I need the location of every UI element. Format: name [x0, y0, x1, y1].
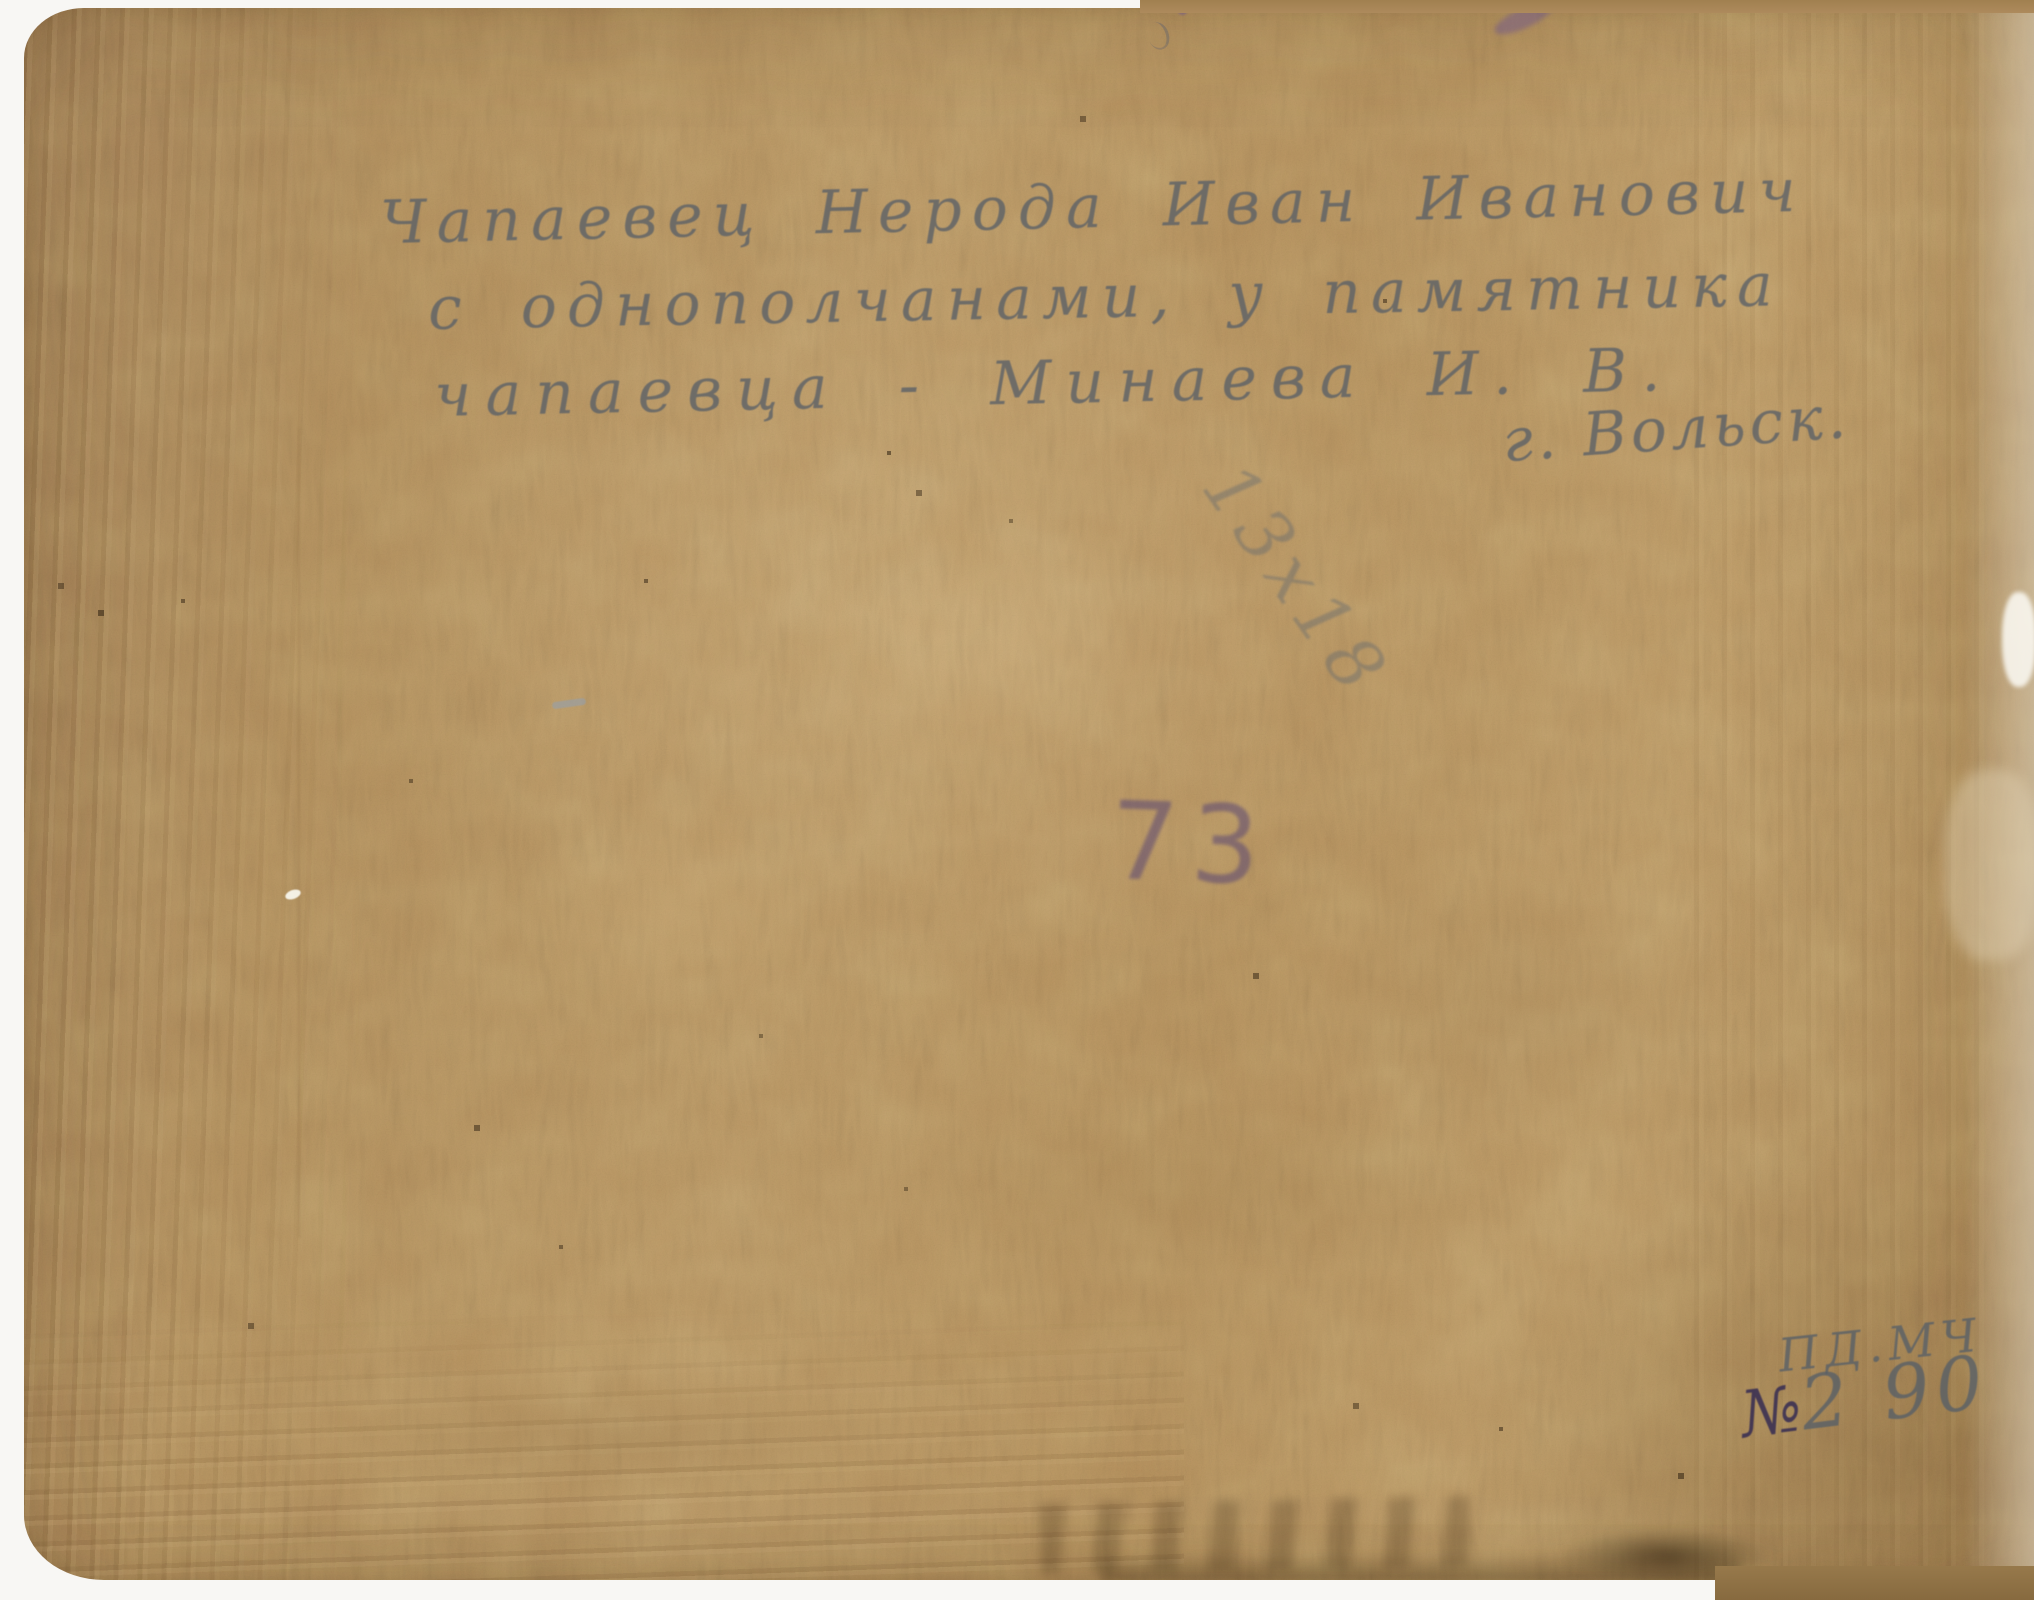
- faint-blue-mark: [552, 698, 587, 710]
- paper-grain-texture: [24, 8, 2034, 1580]
- dirt-specks: [24, 8, 26, 10]
- inscription-line-3: чапаевца - Минаева И. В.: [433, 335, 1674, 431]
- card-top-edge-patch: [1140, 0, 2034, 13]
- corrugation-texture-bottom: [24, 1308, 1184, 1580]
- edge-scuff-patch: [1945, 770, 2034, 960]
- card-bottom-edge-patch: [1715, 1566, 2034, 1600]
- violet-stamp-number: 73: [1108, 779, 1274, 910]
- diagonal-size-note: 13х18: [1186, 448, 1406, 712]
- inscription-line-1: Чапаевец Нерода Иван Иванович: [379, 156, 1806, 258]
- scanner-background: Чапаевец Нерода Иван Иванович с однополч…: [0, 0, 2034, 1600]
- stray-pencil-squiggle: [1144, 19, 1173, 52]
- stain-blotches: [24, 8, 2034, 1580]
- corrugation-texture-left: [24, 8, 364, 1580]
- inscription-line-2: с однополчанами, у памятника: [427, 250, 1783, 344]
- edge-tear-white-spot: [2002, 592, 2034, 687]
- faint-plate-line: [298, 428, 300, 1238]
- bottom-edge-shadow: [1100, 1552, 1740, 1580]
- numero-symbol: №: [1737, 1372, 1806, 1453]
- archive-number: №2 90: [1736, 1339, 1994, 1455]
- vertical-crease: [24, 8, 27, 1147]
- photo-card-back: Чапаевец Нерода Иван Иванович с однополч…: [24, 8, 2034, 1580]
